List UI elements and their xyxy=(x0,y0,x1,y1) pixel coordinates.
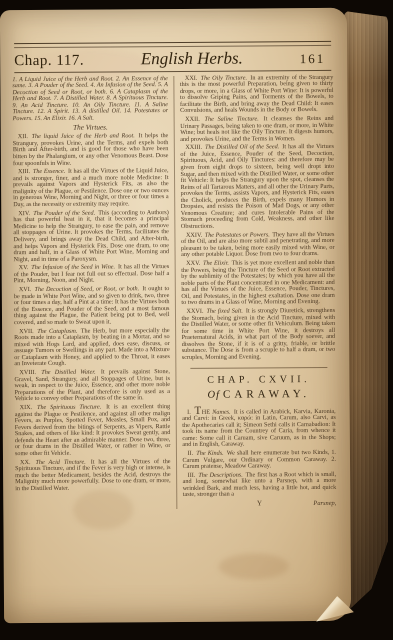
paragraph-xxiii: XXIII. The Distilled Oil of the Seed. It… xyxy=(180,144,334,230)
paragraph-xiii: XIII. The Essence. It has all the Virtue… xyxy=(13,168,169,208)
paragraph-xxv: XXV. The Elixir. This is yet more excell… xyxy=(181,260,335,307)
running-head: Chap. 117. English Herbs. 161 xyxy=(12,45,333,70)
text-columns: 1. A Liquid Juice of the Herb and Root. … xyxy=(12,74,336,509)
fore-edge-shading xyxy=(344,11,388,613)
chapter-title-of: Of xyxy=(207,390,223,401)
chapter-label: Chap. 117. xyxy=(14,52,84,69)
next-chapter-heading: CHAP. CXVII. xyxy=(182,377,336,385)
paragraph-body: It is strongly Diuretick, strengthens th… xyxy=(181,307,335,361)
preparations-list: 1. A Liquid Juice of the Herb and Root. … xyxy=(12,76,168,123)
book-page: Chap. 117. English Herbs. 161 1. A Liqui… xyxy=(0,8,351,623)
right-column: XXI. The Oily Tincture. In an extremity … xyxy=(173,74,337,508)
paragraph-body: This (according to Authors) has that pow… xyxy=(13,209,169,263)
paragraph-xxvi: XXVI. The fixed Salt. It is strongly Diu… xyxy=(181,308,335,361)
paragraph-xvi: XVI. The Decoction of Seed, or Root, or … xyxy=(14,286,170,326)
paragraph-caraway-descriptions: III. The Descriptions. The first has a R… xyxy=(183,472,337,499)
paragraph-xix: XIX. The Spirituous Tincture. It is an e… xyxy=(15,404,171,457)
next-chapter-title: OfCARAWAY. xyxy=(182,391,336,401)
paragraph-xx: XX. The Acid Tincture. It has all the Vi… xyxy=(15,459,171,493)
running-title: English Herbs. xyxy=(141,48,243,69)
left-column: 1. A Liquid Juice of the Herb and Root. … xyxy=(12,76,175,495)
book-fore-edge xyxy=(344,11,388,613)
signature-row: Y Parsnep, xyxy=(183,500,337,509)
catchword: Parsnep, xyxy=(285,501,336,508)
paragraph-caraway-kinds: II. The Kinds. We shall here enumerate b… xyxy=(182,450,336,471)
page-content: Chap. 117. English Herbs. 161 1. A Liqui… xyxy=(0,8,351,623)
gathering-signature: Y xyxy=(234,500,285,507)
paragraph-xii: XII. The liquid Juice of the Herb and Ro… xyxy=(13,133,169,167)
book-photo: Chap. 117. English Herbs. 161 1. A Liqui… xyxy=(0,0,393,640)
chapter-divider-rule xyxy=(190,367,328,369)
paragraph-xviii: XVIII. The Distilled Water. It prevails … xyxy=(14,369,170,403)
virtues-heading: The Virtues. xyxy=(13,124,169,132)
paragraph-xxii: XXII. The Saline Tincture. It cleanses t… xyxy=(180,116,334,143)
page-number: 161 xyxy=(300,50,326,66)
paragraph-xiv: XIV. The Pouder of the Seed. This (accor… xyxy=(13,210,169,263)
paragraph-body: This is yet more excellent and noble tha… xyxy=(181,259,335,306)
paragraph-xxi: XXI. The Oily Tincture. In an extremity … xyxy=(180,74,334,114)
chapter-title-word: CARAWAY. xyxy=(223,388,310,401)
paragraph-caraway-names: I. THE Names. It is called in Arabick, K… xyxy=(182,406,336,448)
paragraph-body: It has all the Virtues of the Juice, Ess… xyxy=(180,143,334,230)
paragraph-xvii: XVII. The Cataplasm. The Herb, but more … xyxy=(14,328,170,368)
paragraph-body: It is an excellent thing against the Pla… xyxy=(15,403,171,457)
paragraph-xxiv: XXIV. The Potestates or Powers. They hav… xyxy=(181,232,335,259)
paragraph-xv: XV. The Infusion of the Seed in Wine. It… xyxy=(14,264,170,285)
